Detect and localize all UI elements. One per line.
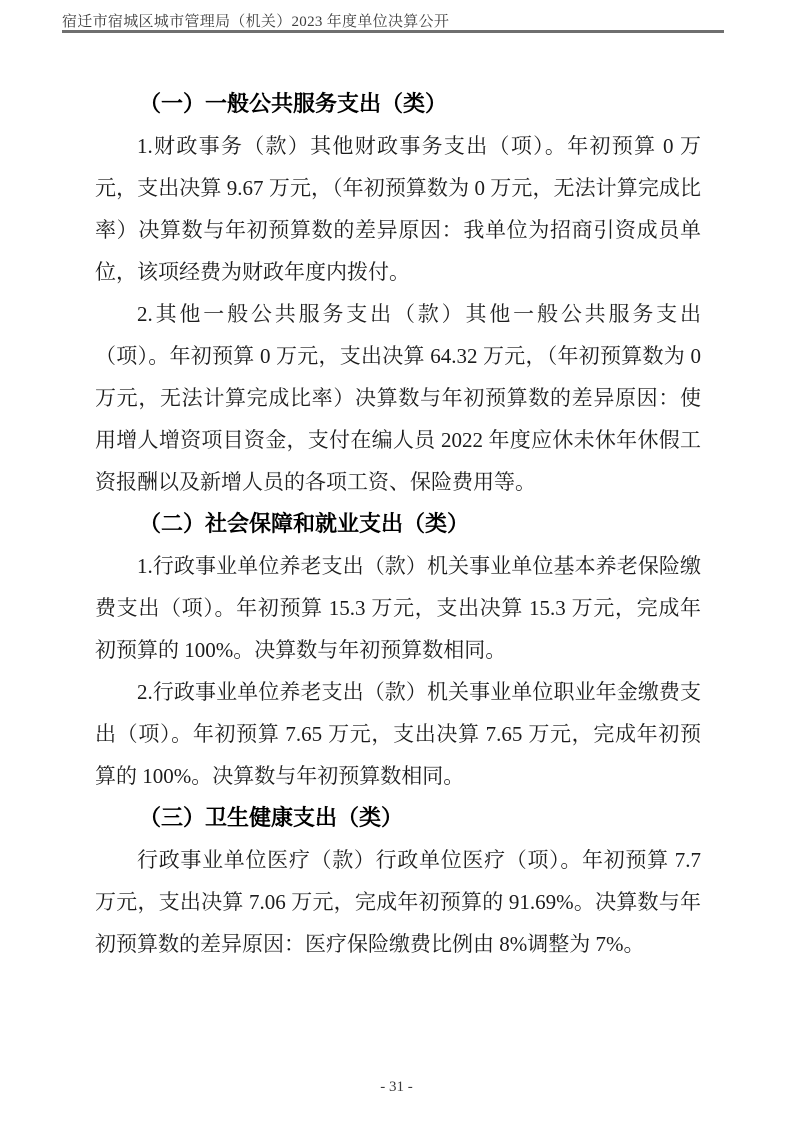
- section-heading-social-security-employment: （二）社会保障和就业支出（类）: [95, 503, 701, 545]
- paragraph-basic-pension: 1.行政事业单位养老支出（款）机关事业单位基本养老保险缴费支出（项）。年初预算 …: [95, 545, 701, 671]
- paragraph-occupational-annuity: 2.行政事业单位养老支出（款）机关事业单位职业年金缴费支出（项）。年初预算 7.…: [95, 671, 701, 797]
- document-body: （一）一般公共服务支出（类） 1.财政事务（款）其他财政事务支出（项）。年初预算…: [95, 83, 701, 965]
- paragraph-medical: 行政事业单位医疗（款）行政单位医疗（项）。年初预算 7.7 万元，支出决算 7.…: [95, 839, 701, 965]
- paragraph-fiscal-affairs: 1.财政事务（款）其他财政事务支出（项）。年初预算 0 万元，支出决算 9.67…: [95, 125, 701, 293]
- header-divider: [62, 30, 724, 33]
- section-heading-health: （三）卫生健康支出（类）: [95, 797, 701, 839]
- document-header-title: 宿迁市宿城区城市管理局（机关）2023 年度单位决算公开: [62, 10, 449, 31]
- section-heading-general-public-services: （一）一般公共服务支出（类）: [95, 83, 701, 125]
- page-number: - 31 -: [0, 1079, 793, 1096]
- paragraph-other-general-public-services: 2.其他一般公共服务支出（款）其他一般公共服务支出（项）。年初预算 0 万元，支…: [95, 293, 701, 503]
